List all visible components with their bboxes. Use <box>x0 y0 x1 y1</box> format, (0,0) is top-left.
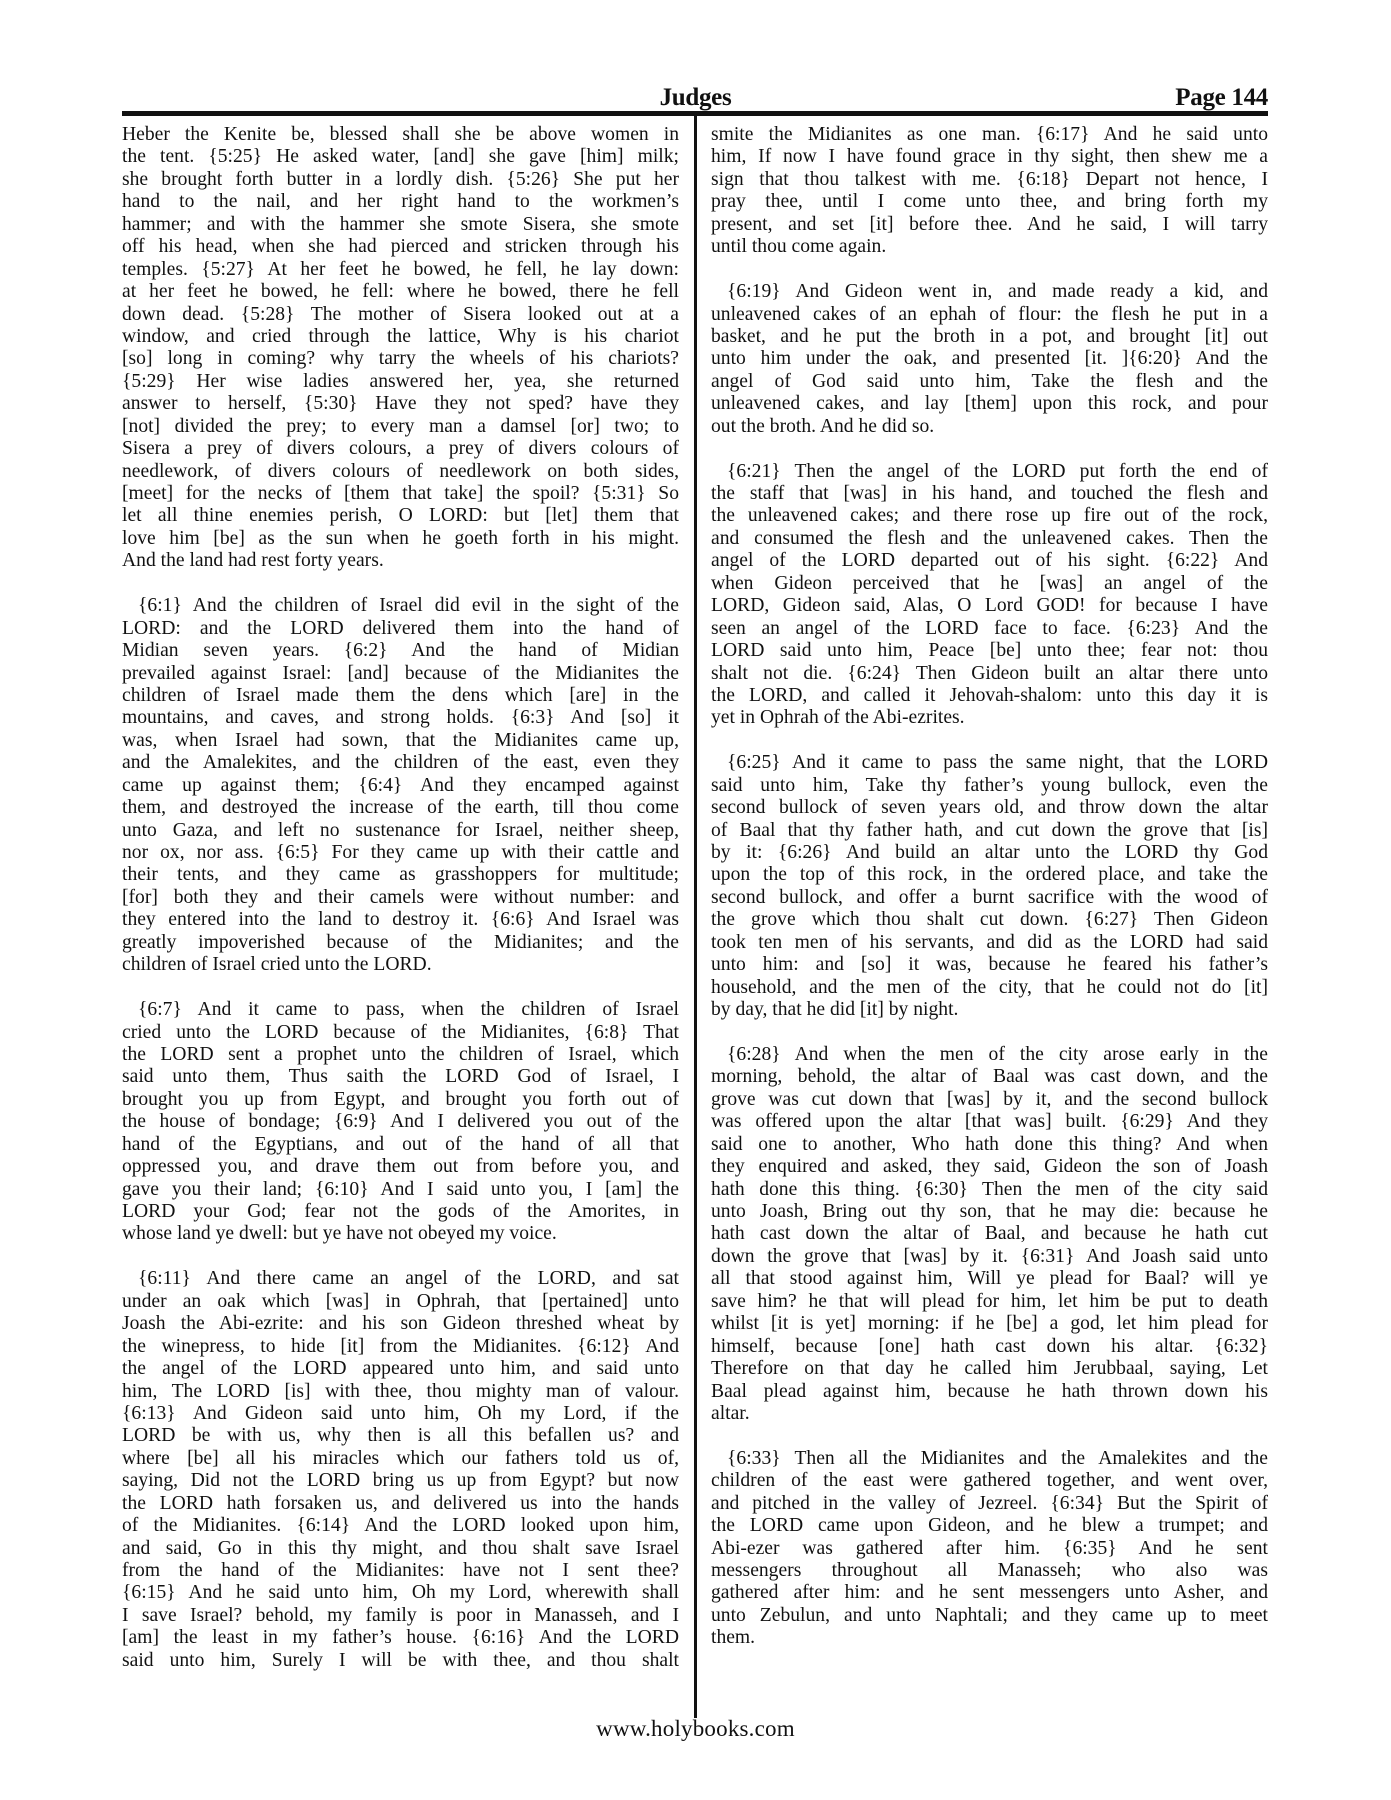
text-line: mountains, and caves, and strong holds. … <box>122 707 679 729</box>
text-line: window, and cried through the lattice, W… <box>122 326 679 348</box>
text-line: she brought forth butter in a lordly dis… <box>122 169 679 191</box>
text-line: their tents, and they came as grasshoppe… <box>122 864 679 886</box>
text-line: the angel of the LORD appeared unto him,… <box>122 1358 679 1380</box>
text-line: was, when Israel had sown, that the Midi… <box>122 730 679 752</box>
text-line: temples. {5:27} At her feet he bowed, he… <box>122 259 679 281</box>
left-column: Heber the Kenite be, blessed shall she b… <box>122 124 679 1695</box>
verse-paragraph: Heber the Kenite be, blessed shall she b… <box>122 124 679 573</box>
text-line: Therefore on that day he called him Jeru… <box>711 1358 1268 1380</box>
text-line: was offered upon the altar [that was] bu… <box>711 1111 1268 1133</box>
text-line: needlework, of divers colours of needlew… <box>122 461 679 483</box>
text-line: second bullock of seven years old, and t… <box>711 797 1268 819</box>
text-line: let all thine enemies perish, O LORD: bu… <box>122 505 679 527</box>
text-line: off his head, when she had pierced and s… <box>122 236 679 258</box>
footer-website: www.holybooks.com <box>0 1716 1391 1742</box>
text-line: hath cast down the altar of Baal, and be… <box>711 1223 1268 1245</box>
text-line: angel of the LORD departed out of his si… <box>711 550 1268 572</box>
text-line: prevailed against Israel: [and] because … <box>122 663 679 685</box>
text-line: children of Israel cried unto the LORD. <box>122 954 679 976</box>
text-line: yet in Ophrah of the Abi-ezrites. <box>711 707 1268 729</box>
text-line: when Gideon perceived that he [was] an a… <box>711 573 1268 595</box>
text-line: {6:7} And it came to pass, when the chil… <box>122 999 679 1021</box>
text-line: I save Israel? behold, my family is poor… <box>122 1605 679 1627</box>
text-line: oppressed you, and drave them out from b… <box>122 1156 679 1178</box>
text-line: LORD, Gideon said, Alas, O Lord GOD! for… <box>711 595 1268 617</box>
text-line: unto Gaza, and left no sustenance for Is… <box>122 820 679 842</box>
text-line: [am] the least in my father’s house. {6:… <box>122 1627 679 1649</box>
column-divider <box>694 116 697 1718</box>
text-line: the LORD sent a prophet unto the childre… <box>122 1044 679 1066</box>
text-line: whose land ye dwell: but ye have not obe… <box>122 1223 679 1245</box>
text-line: said unto them, Thus saith the LORD God … <box>122 1066 679 1088</box>
text-line: unto Joash, Bring out thy son, that he m… <box>711 1201 1268 1223</box>
text-line: the grove which thou shalt cut down. {6:… <box>711 909 1268 931</box>
text-line: And the land had rest forty years. <box>122 550 679 572</box>
text-line: LORD your God; fear not the gods of the … <box>122 1201 679 1223</box>
text-line: by day, that he did [it] by night. <box>711 999 1268 1021</box>
text-line: saying, Did not the LORD bring us up fro… <box>122 1470 679 1492</box>
text-line: and said, Go in this thy might, and thou… <box>122 1538 679 1560</box>
text-line: sign that thou talkest with me. {6:18} D… <box>711 169 1268 191</box>
text-line: them. <box>711 1627 1268 1649</box>
text-line: said unto him, Surely I will be with the… <box>122 1650 679 1672</box>
text-line: gathered after him: and he sent messenge… <box>711 1582 1268 1604</box>
text-line: the LORD hath forsaken us, and delivered… <box>122 1493 679 1515</box>
text-line: unleavened cakes, and lay [them] upon th… <box>711 393 1268 415</box>
text-line: the LORD came upon Gideon, and he blew a… <box>711 1515 1268 1537</box>
text-line: cried unto the LORD because of the Midia… <box>122 1022 679 1044</box>
text-line: of Baal that thy father hath, and cut do… <box>711 820 1268 842</box>
text-line: shalt not die. {6:24} Then Gideon built … <box>711 663 1268 685</box>
text-line: children of Israel made them the dens wh… <box>122 685 679 707</box>
text-line: {6:13} And Gideon said unto him, Oh my L… <box>122 1403 679 1425</box>
text-line: and consumed the flesh and the unleavene… <box>711 528 1268 550</box>
text-line: down dead. {5:28} The mother of Sisera l… <box>122 304 679 326</box>
text-line: him, The LORD [is] with thee, thou might… <box>122 1381 679 1403</box>
text-line: unto him under the oak, and presented [i… <box>711 348 1268 370</box>
text-line: {6:33} Then all the Midianites and the A… <box>711 1448 1268 1470</box>
text-line: took ten men of his servants, and did as… <box>711 932 1268 954</box>
text-line: greatly impoverished because of the Midi… <box>122 932 679 954</box>
text-line: himself, because [one] hath cast down hi… <box>711 1336 1268 1358</box>
text-line: unleavened cakes of an ephah of flour: t… <box>711 304 1268 326</box>
text-line: down the grove that [was] by it. {6:31} … <box>711 1246 1268 1268</box>
verse-paragraph: {6:7} And it came to pass, when the chil… <box>122 999 679 1246</box>
text-line: they entered into the land to destroy it… <box>122 909 679 931</box>
text-line: Heber the Kenite be, blessed shall she b… <box>122 124 679 146</box>
text-line: unto Zebulun, and unto Naphtali; and the… <box>711 1605 1268 1627</box>
text-line: hand to the nail, and her right hand to … <box>122 191 679 213</box>
text-line: basket, and he put the broth in a pot, a… <box>711 326 1268 348</box>
text-line: angel of God said unto him, Take the fle… <box>711 371 1268 393</box>
text-line: morning, behold, the altar of Baal was c… <box>711 1066 1268 1088</box>
text-line: of the Midianites. {6:14} And the LORD l… <box>122 1515 679 1537</box>
verse-paragraph: {6:11} And there came an angel of the LO… <box>122 1268 679 1672</box>
text-line: Midian seven years. {6:2} And the hand o… <box>122 640 679 662</box>
text-line: said unto him, Take thy father’s young b… <box>711 775 1268 797</box>
right-column: smite the Midianites as one man. {6:17} … <box>711 124 1268 1672</box>
text-line: nor ox, nor ass. {6:5} For they came up … <box>122 842 679 864</box>
text-line: LORD said unto him, Peace [be] unto thee… <box>711 640 1268 662</box>
verse-paragraph: {6:33} Then all the Midianites and the A… <box>711 1448 1268 1650</box>
text-line: the LORD, and called it Jehovah-shalom: … <box>711 685 1268 707</box>
text-line: children of the east were gathered toget… <box>711 1470 1268 1492</box>
text-line: [meet] for the necks of [them that take]… <box>122 483 679 505</box>
text-line: Abi-ezer was gathered after him. {6:35} … <box>711 1538 1268 1560</box>
text-line: out the broth. And he did so. <box>711 416 1268 438</box>
text-line: present, and set [it] before thee. And h… <box>711 214 1268 236</box>
text-line: by it: {6:26} And build an altar unto th… <box>711 842 1268 864</box>
page-number: Page 144 <box>1175 84 1268 112</box>
text-line: from the hand of the Midianites: have no… <box>122 1560 679 1582</box>
text-line: the tent. {5:25} He asked water, [and] s… <box>122 146 679 168</box>
text-line: Joash the Abi-ezrite: and his son Gideon… <box>122 1313 679 1335</box>
verse-paragraph: {6:28} And when the men of the city aros… <box>711 1044 1268 1425</box>
text-line: LORD be with us, why then is all this be… <box>122 1425 679 1447</box>
verse-paragraph: {6:1} And the children of Israel did evi… <box>122 595 679 976</box>
text-line: and the Amalekites, and the children of … <box>122 752 679 774</box>
text-line: household, and the men of the city, that… <box>711 977 1268 999</box>
text-line: Sisera a prey of divers colours, a prey … <box>122 438 679 460</box>
text-line: upon the top of this rock, in the ordere… <box>711 864 1268 886</box>
text-line: him, If now I have found grace in thy si… <box>711 146 1268 168</box>
text-line: hath done this thing. {6:30} Then the me… <box>711 1179 1268 1201</box>
text-line: the unleavened cakes; and there rose up … <box>711 505 1268 527</box>
text-line: answer to herself, {5:30} Have they not … <box>122 393 679 415</box>
text-line: altar. <box>711 1403 1268 1425</box>
verse-paragraph: {6:21} Then the angel of the LORD put fo… <box>711 461 1268 730</box>
text-line: [for] both they and their camels were wi… <box>122 887 679 909</box>
text-line: {6:1} And the children of Israel did evi… <box>122 595 679 617</box>
text-line: {6:15} And he said unto him, Oh my Lord,… <box>122 1582 679 1604</box>
text-line: where [be] all his miracles which our fa… <box>122 1448 679 1470</box>
text-line: [not] divided the prey; to every man a d… <box>122 416 679 438</box>
text-line: seen an angel of the LORD face to face. … <box>711 618 1268 640</box>
text-line: gave you their land; {6:10} And I said u… <box>122 1179 679 1201</box>
text-line: brought you up from Egypt, and brought y… <box>122 1089 679 1111</box>
text-line: LORD: and the LORD delivered them into t… <box>122 618 679 640</box>
text-line: [so] long in coming? why tarry the wheel… <box>122 348 679 370</box>
text-line: {6:21} Then the angel of the LORD put fo… <box>711 461 1268 483</box>
text-line: Baal plead against him, because he hath … <box>711 1381 1268 1403</box>
text-line: {6:28} And when the men of the city aros… <box>711 1044 1268 1066</box>
text-line: save him? he that will plead for him, le… <box>711 1291 1268 1313</box>
verse-paragraph: {6:25} And it came to pass the same nigh… <box>711 752 1268 1021</box>
text-line: hand of the Egyptians, and out of the ha… <box>122 1134 679 1156</box>
text-line: {5:29} Her wise ladies answered her, yea… <box>122 371 679 393</box>
text-line: second bullock, and offer a burnt sacrif… <box>711 887 1268 909</box>
text-line: under an oak which [was] in Ophrah, that… <box>122 1291 679 1313</box>
text-line: them, and destroyed the increase of the … <box>122 797 679 819</box>
verse-paragraph: smite the Midianites as one man. {6:17} … <box>711 124 1268 259</box>
text-line: and pitched in the valley of Jezreel. {6… <box>711 1493 1268 1515</box>
text-line: pray thee, until I come unto thee, and b… <box>711 191 1268 213</box>
text-line: unto him: and [so] it was, because he fe… <box>711 954 1268 976</box>
text-line: the house of bondage; {6:9} And I delive… <box>122 1111 679 1133</box>
text-line: messengers throughout all Manasseh; who … <box>711 1560 1268 1582</box>
text-line: hammer; and with the hammer she smote Si… <box>122 214 679 236</box>
text-line: said one to another, Who hath done this … <box>711 1134 1268 1156</box>
text-line: at her feet he bowed, he fell: where he … <box>122 281 679 303</box>
text-line: smite the Midianites as one man. {6:17} … <box>711 124 1268 146</box>
text-line: they enquired and asked, they said, Gide… <box>711 1156 1268 1178</box>
text-line: {6:25} And it came to pass the same nigh… <box>711 752 1268 774</box>
text-line: all that stood against him, Will ye plea… <box>711 1268 1268 1290</box>
text-line: grove was cut down that [was] by it, and… <box>711 1089 1268 1111</box>
verse-paragraph: {6:19} And Gideon went in, and made read… <box>711 281 1268 438</box>
text-line: whilst [it is yet] morning: if he [be] a… <box>711 1313 1268 1335</box>
text-line: the staff that [was] in his hand, and to… <box>711 483 1268 505</box>
text-line: love him [be] as the sun when he goeth f… <box>122 528 679 550</box>
text-line: {6:11} And there came an angel of the LO… <box>122 1268 679 1290</box>
text-line: {6:19} And Gideon went in, and made read… <box>711 281 1268 303</box>
text-line: until thou come again. <box>711 236 1268 258</box>
text-line: came up against them; {6:4} And they enc… <box>122 775 679 797</box>
text-line: the winepress, to hide [it] from the Mid… <box>122 1336 679 1358</box>
